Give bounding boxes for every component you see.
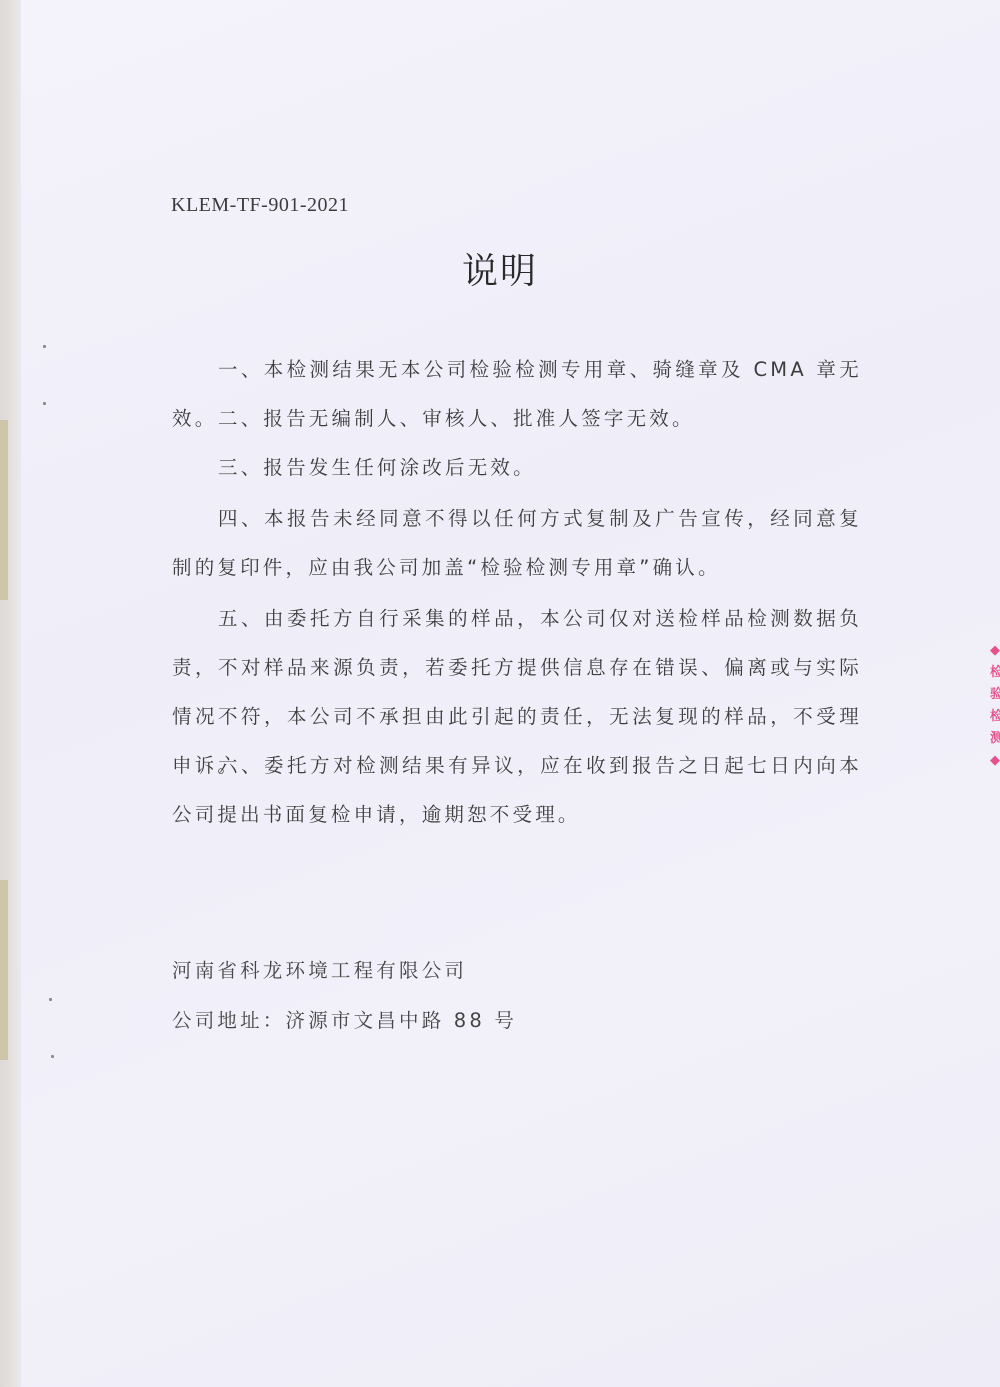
page-title: 说明 <box>0 243 1000 294</box>
scan-edge-stain <box>0 880 8 1060</box>
seam-seal-stamp: ◆ 检 验 检 测 ◆ <box>988 640 1000 840</box>
stamp-char: 检 <box>990 706 1000 728</box>
binding-hole-mark <box>51 1055 54 1058</box>
company-address: 公司地址：济源市文昌中路 88 号 <box>172 1005 517 1033</box>
stamp-char: 测 <box>990 728 1000 750</box>
binding-hole-mark <box>43 345 46 348</box>
stamp-char: ◆ <box>990 750 1000 772</box>
binding-hole-mark <box>43 402 46 405</box>
document-code: KLEM-TF-901-2021 <box>171 194 349 217</box>
scan-edge-strip <box>0 0 21 1387</box>
clause-3: 三、报告发生任何涂改后无效。 <box>172 443 862 492</box>
clause-4: 四、本报告未经同意不得以任何方式复制及广告宣传，经同意复制的复印件，应由我公司加… <box>172 494 862 592</box>
stamp-char: ◆ <box>990 640 1000 662</box>
clause-2: 二、报告无编制人、审核人、批准人签字无效。 <box>172 394 862 443</box>
binding-hole-mark <box>49 998 52 1001</box>
clause-6: 六、委托方对检测结果有异议，应在收到报告之日起七日内向本公司提出书面复检申请，逾… <box>172 741 862 839</box>
scan-edge-stain <box>0 420 8 600</box>
stamp-char: 检 <box>990 662 1000 684</box>
stamp-char: 验 <box>990 684 1000 706</box>
company-name: 河南省科龙环境工程有限公司 <box>172 955 467 983</box>
